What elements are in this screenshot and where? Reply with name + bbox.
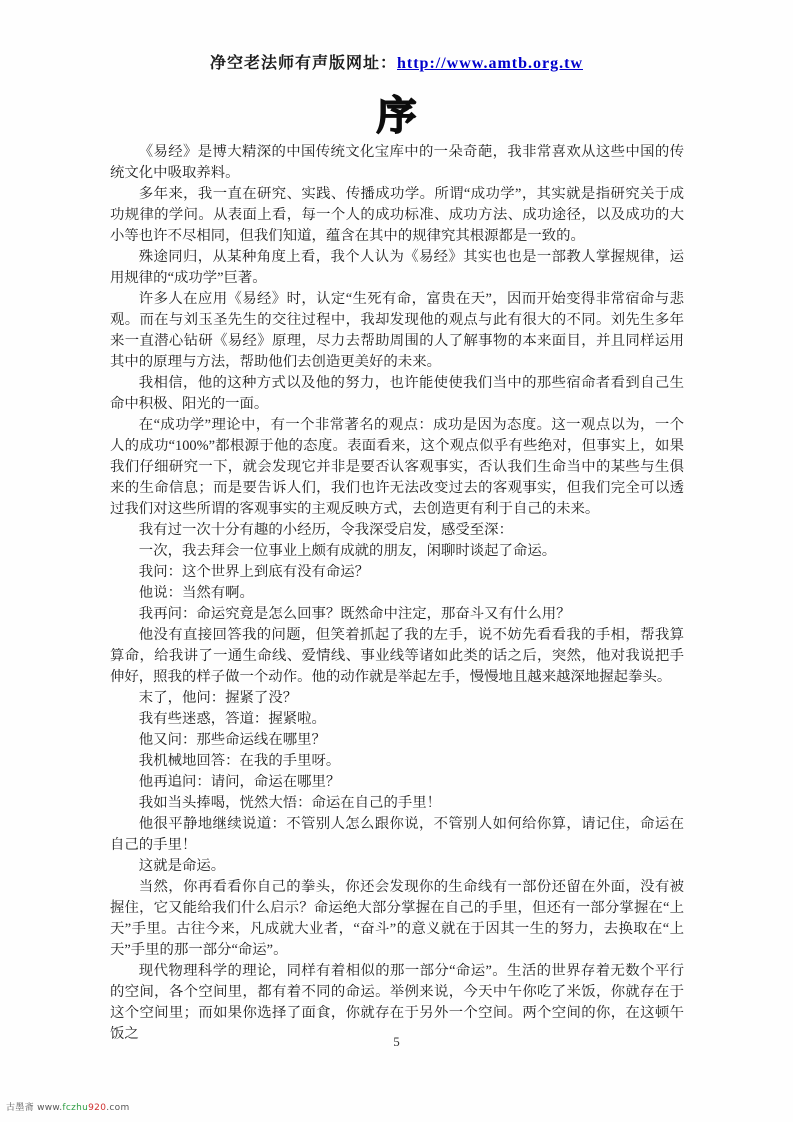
page-number: 5 bbox=[0, 1034, 793, 1050]
paragraph: 殊途同归，从某种角度上看，我个人认为《易经》其实也也是一部教人掌握规律，运用规律… bbox=[110, 247, 684, 289]
paragraph: 现代物理科学的理论，同样有着相似的那一部分“命运”。生活的世界存着无数个平行的空… bbox=[110, 961, 684, 1045]
watermark-url-red: 920 bbox=[88, 1103, 106, 1113]
paragraph: 我问：这个世界上到底有没有命运？ bbox=[110, 562, 684, 583]
body-text: 《易经》是博大精深的中国传统文化宝库中的一朵奇葩，我非常喜欢从这些中国的传统文化… bbox=[110, 142, 684, 1045]
paragraph: 他又问：那些命运线在哪里？ bbox=[110, 730, 684, 751]
paragraph: 他没有直接回答我的问题，但笑着抓起了我的左手，说不妨先看看我的手相，帮我算算命，… bbox=[110, 625, 684, 688]
paragraph: 多年来，我一直在研究、实践、传播成功学。所谓“成功学”，其实就是指研究关于成功规… bbox=[110, 184, 684, 247]
watermark-url-green: fczhu bbox=[62, 1103, 88, 1113]
paragraph: 《易经》是博大精深的中国传统文化宝库中的一朵奇葩，我非常喜欢从这些中国的传统文化… bbox=[110, 142, 684, 184]
watermark-url-prefix: www. bbox=[34, 1103, 62, 1113]
paragraph: 他再追问：请问，命运在哪里？ bbox=[110, 772, 684, 793]
paragraph: 他很平静地继续说道：不管别人怎么跟你说，不管别人如何给你算，请记住，命运在自己的… bbox=[110, 814, 684, 856]
paragraph: 我如当头捧喝，恍然大悟：命运在自己的手里！ bbox=[110, 793, 684, 814]
preface-title: 序 bbox=[0, 94, 793, 138]
watermark-url-suffix: .com bbox=[106, 1103, 129, 1113]
paragraph: 我有过一次十分有趣的小经历，令我深受启发，感受至深： bbox=[110, 520, 684, 541]
page-header: 净空老法师有声版网址：http://www.amtb.org.tw bbox=[0, 50, 793, 73]
paragraph: 这就是命运。 bbox=[110, 856, 684, 877]
paragraph: 他说：当然有啊。 bbox=[110, 583, 684, 604]
paragraph: 我机械地回答：在我的手里呀。 bbox=[110, 751, 684, 772]
amtb-url-link[interactable]: http://www.amtb.org.tw bbox=[397, 55, 583, 72]
watermark: 古墨斋 www.fczhu920.com bbox=[6, 1100, 130, 1113]
paragraph: 当然，你再看看你自己的拳头，你还会发现你的生命线有一部份还留在外面，没有被握住，… bbox=[110, 877, 684, 961]
book-page: 净空老法师有声版网址：http://www.amtb.org.tw 序 《易经》… bbox=[0, 0, 793, 1122]
watermark-site-name: 古墨斋 bbox=[6, 1103, 34, 1113]
paragraph: 许多人在应用《易经》时，认定“生死有命，富贵在天”，因而开始变得非常宿命与悲观。… bbox=[110, 289, 684, 373]
paragraph: 我相信，他的这种方式以及他的努力，也许能使使我们当中的那些宿命者看到自己生命中积… bbox=[110, 373, 684, 415]
paragraph: 末了，他问：握紧了没？ bbox=[110, 688, 684, 709]
paragraph: 我有些迷惑，答道：握紧啦。 bbox=[110, 709, 684, 730]
paragraph: 一次，我去拜会一位事业上颇有成就的朋友，闲聊时谈起了命运。 bbox=[110, 541, 684, 562]
paragraph: 在“成功学”理论中，有一个非常著名的观点：成功是因为态度。这一观点以为，一个人的… bbox=[110, 415, 684, 520]
paragraph: 我再问：命运究竟是怎么回事？既然命中注定，那奋斗又有什么用？ bbox=[110, 604, 684, 625]
header-site-label: 净空老法师有声版网址： bbox=[210, 55, 397, 72]
